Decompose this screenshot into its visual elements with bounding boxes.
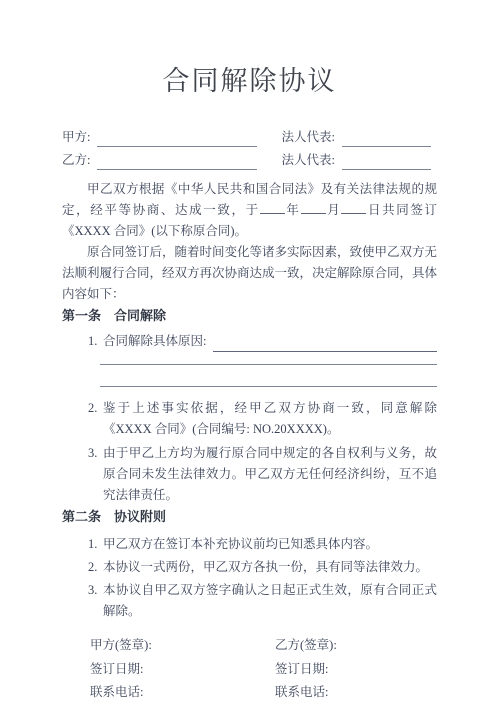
party-a-row: 甲方: 法人代表: [62, 124, 437, 147]
article-2-item-2-text: 本协议一式两份，甲乙双方各执一份，具有同等法律效力。 [103, 560, 428, 574]
termination-reason-label: 合同解除具体原因: [103, 331, 206, 352]
party-b-row: 乙方: 法人代表: [62, 147, 437, 170]
party-a-sign-date-label: 签订日期: [90, 658, 275, 682]
article-1-item-3: 3. 由于甲乙上方均为履行原合同中规定的各自权利与义务，故原合同未发生法律效力。… [62, 443, 437, 506]
article-2-item-2: 2. 本协议一式两份，甲乙双方各执一份，具有同等法律效力。 [62, 557, 437, 578]
article-1-item-3-number: 3. [88, 443, 97, 464]
signature-block: 甲方(签章): 乙方(签章): 签订日期: 签订日期: 联系电话: 联系电话: [90, 634, 437, 705]
party-a-legal-rep-label: 法人代表: [281, 128, 334, 147]
party-a-legal-rep-blank-underline [342, 131, 431, 147]
termination-reason-row: 合同解除具体原因: [103, 331, 437, 352]
month-unit-label: 月 [326, 203, 342, 217]
intro-paragraph-2: 原合同签订后，随着时间变化等诸多实际因素，致使甲乙双方无法顺利履行合同，经双方再… [62, 242, 437, 305]
signature-date-row: 签订日期: 签订日期: [90, 658, 437, 682]
party-b-legal-rep-blank-underline [342, 154, 431, 170]
contract-document-page: 合同解除协议 甲方: 法人代表: 乙方: 法人代表: 甲乙双方根据《中华人民共和… [0, 64, 500, 705]
signature-phone-row: 联系电话: 联系电话: [90, 681, 437, 705]
article-2-item-1: 1. 甲乙双方在签订本补充协议前均已知悉具体内容。 [62, 534, 437, 555]
termination-reason-blank-line-2 [100, 352, 437, 365]
article-2-item-2-number: 2. [88, 557, 97, 578]
party-a-phone-label: 联系电话: [90, 681, 275, 705]
month-blank-underline [301, 200, 326, 214]
article-1-item-2: 2. 鉴于上述事实依据，经甲乙双方协商一致，同意解除《XXXX 合同》(合同编号… [62, 398, 437, 440]
party-b-sign-date-label: 签订日期: [275, 658, 437, 682]
termination-reason-blank-line-3 [100, 365, 437, 387]
year-blank-underline [260, 200, 285, 214]
party-b-legal-rep-label: 法人代表: [281, 151, 334, 170]
party-a-seal-label: 甲方(签章): [90, 634, 275, 658]
article-1-item-2-text: 鉴于上述事实依据，经甲乙双方协商一致，同意解除《XXXX 合同》(合同编号: N… [103, 401, 437, 436]
article-1-heading: 第一条 合同解除 [62, 305, 437, 326]
party-a-blank-underline [97, 131, 257, 147]
party-b-seal-label: 乙方(签章): [275, 634, 437, 658]
article-2-item-3: 3. 本协议自甲乙双方签字确认之日起正式生效，原有合同正式解除。 [62, 580, 437, 622]
document-title: 合同解除协议 [62, 64, 437, 98]
signature-seal-row: 甲方(签章): 乙方(签章): [90, 634, 437, 658]
party-b-label: 乙方: [62, 151, 90, 170]
party-b-phone-label: 联系电话: [275, 681, 437, 705]
day-blank-underline [341, 200, 366, 214]
article-2-item-3-number: 3. [88, 580, 97, 601]
party-a-label: 甲方: [62, 128, 90, 147]
intro-paragraph-1: 甲乙双方根据《中华人民共和国合同法》及有关法律法规的规定，经平等协商、达成一致，… [62, 179, 437, 242]
article-2-item-3-text: 本协议自甲乙双方签字确认之日起正式生效，原有合同正式解除。 [103, 583, 437, 618]
year-unit-label: 年 [285, 203, 301, 217]
article-1-item-1: 1. 合同解除具体原因: [62, 331, 437, 352]
party-b-blank-underline [97, 154, 257, 170]
article-1-item-3-text: 由于甲乙上方均为履行原合同中规定的各自权利与义务，故原合同未发生法律效力。甲乙双… [103, 446, 437, 502]
article-2-heading: 第二条 协议附则 [62, 506, 437, 527]
article-2-item-1-number: 1. [88, 534, 97, 555]
article-1-item-1-number: 1. [88, 331, 97, 352]
article-2-item-1-text: 甲乙双方在签订本补充协议前均已知悉具体内容。 [103, 537, 378, 551]
party-info-block: 甲方: 法人代表: 乙方: 法人代表: [62, 124, 437, 170]
termination-reason-blank-underline [213, 336, 437, 352]
article-1-item-2-number: 2. [88, 398, 97, 419]
